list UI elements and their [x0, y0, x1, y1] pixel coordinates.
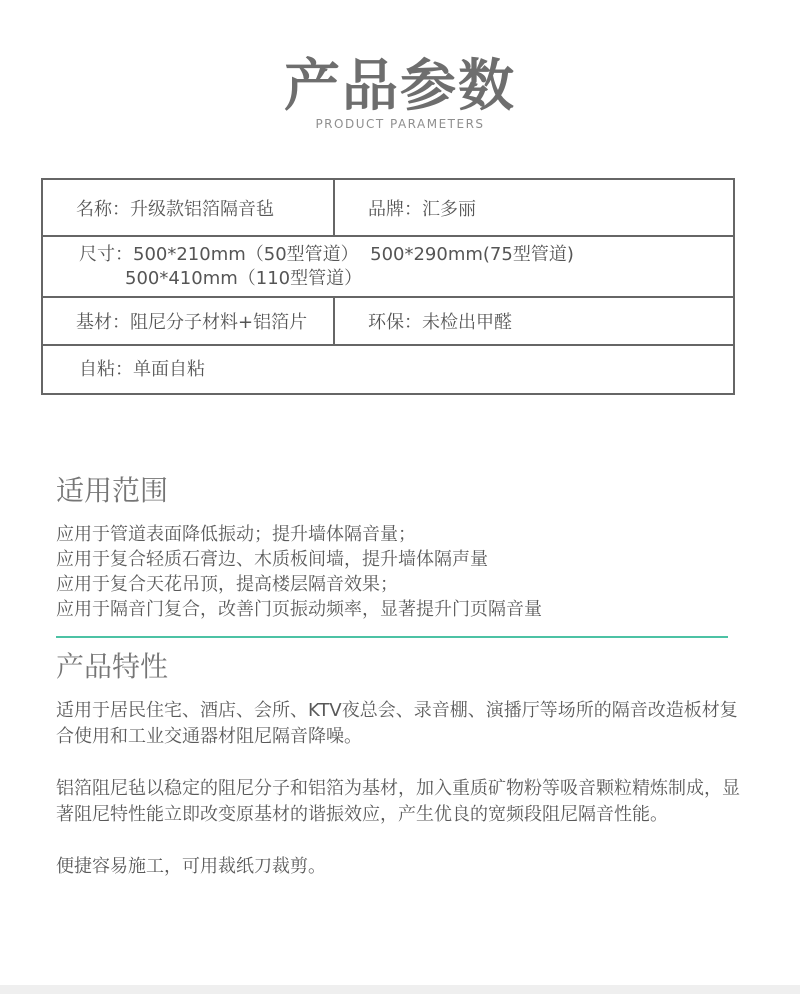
- features-section: 产品特性 适用于居民住宅、酒店、会所、KTV夜总会、录音棚、演播厅等场所的隔音改…: [56, 650, 748, 906]
- size-line-1: 尺寸：500*210mm（50型管道） 500*290mm(75型管道): [79, 243, 574, 267]
- scope-section: 适用范围 应用于管道表面降低振动；提升墙体隔音量； 应用于复合轻质石膏边、木质板…: [56, 474, 748, 622]
- feature-paragraph: 铝箔阻尼毡以稳定的阻尼分子和铝箔为基材，加入重质矿物粉等吸音颗粒精炼制成，显著阻…: [56, 776, 748, 828]
- table-row-size: 尺寸：500*210mm（50型管道） 500*290mm(75型管道) 500…: [43, 235, 733, 296]
- adhesive-line: 自粘：单面自粘: [79, 358, 205, 382]
- page-title: 产品参数: [0, 42, 800, 122]
- spec-cell-name: 名称：升级款铝箔隔音毡: [43, 180, 335, 235]
- scope-heading: 适用范围: [56, 474, 748, 508]
- product-parameters-page: 产品参数 PRODUCT PARAMETERS 名称：升级款铝箔隔音毡 品牌：汇…: [0, 0, 800, 994]
- scope-line: 应用于复合轻质石膏边、木质板间墙，提升墙体隔声量: [56, 547, 748, 572]
- spec-table: 名称：升级款铝箔隔音毡 品牌：汇多丽 尺寸：500*210mm（50型管道） 5…: [41, 178, 735, 395]
- spec-cell-environment: 环保：未检出甲醛: [335, 298, 733, 344]
- spec-cell-adhesive: 自粘：单面自粘: [43, 346, 733, 393]
- scope-line: 应用于复合天花吊顶，提高楼层隔音效果；: [56, 572, 748, 597]
- scope-line: 应用于隔音门复合，改善门页振动频率，显著提升门页隔音量: [56, 597, 748, 622]
- spec-cell-size: 尺寸：500*210mm（50型管道） 500*290mm(75型管道) 500…: [43, 237, 733, 296]
- scope-lines: 应用于管道表面降低振动；提升墙体隔音量； 应用于复合轻质石膏边、木质板间墙，提升…: [56, 522, 748, 622]
- features-heading: 产品特性: [56, 650, 748, 684]
- feature-paragraph: 便捷容易施工，可用裁纸刀裁剪。: [56, 854, 748, 880]
- size-line-2: 500*410mm（110型管道）: [79, 267, 362, 291]
- bottom-strip: [0, 985, 800, 994]
- page-subtitle: PRODUCT PARAMETERS: [0, 117, 800, 131]
- table-row-name-brand: 名称：升级款铝箔隔音毡 品牌：汇多丽: [43, 180, 733, 235]
- table-row-adhesive: 自粘：单面自粘: [43, 344, 733, 393]
- table-row-material-env: 基材：阻尼分子材料+铝箔片 环保：未检出甲醛: [43, 296, 733, 344]
- spec-cell-material: 基材：阻尼分子材料+铝箔片: [43, 298, 335, 344]
- feature-paragraph: 适用于居民住宅、酒店、会所、KTV夜总会、录音棚、演播厅等场所的隔音改造板材复合…: [56, 698, 748, 750]
- spec-cell-brand: 品牌：汇多丽: [335, 180, 733, 235]
- section-divider: [56, 636, 728, 638]
- scope-line: 应用于管道表面降低振动；提升墙体隔音量；: [56, 522, 748, 547]
